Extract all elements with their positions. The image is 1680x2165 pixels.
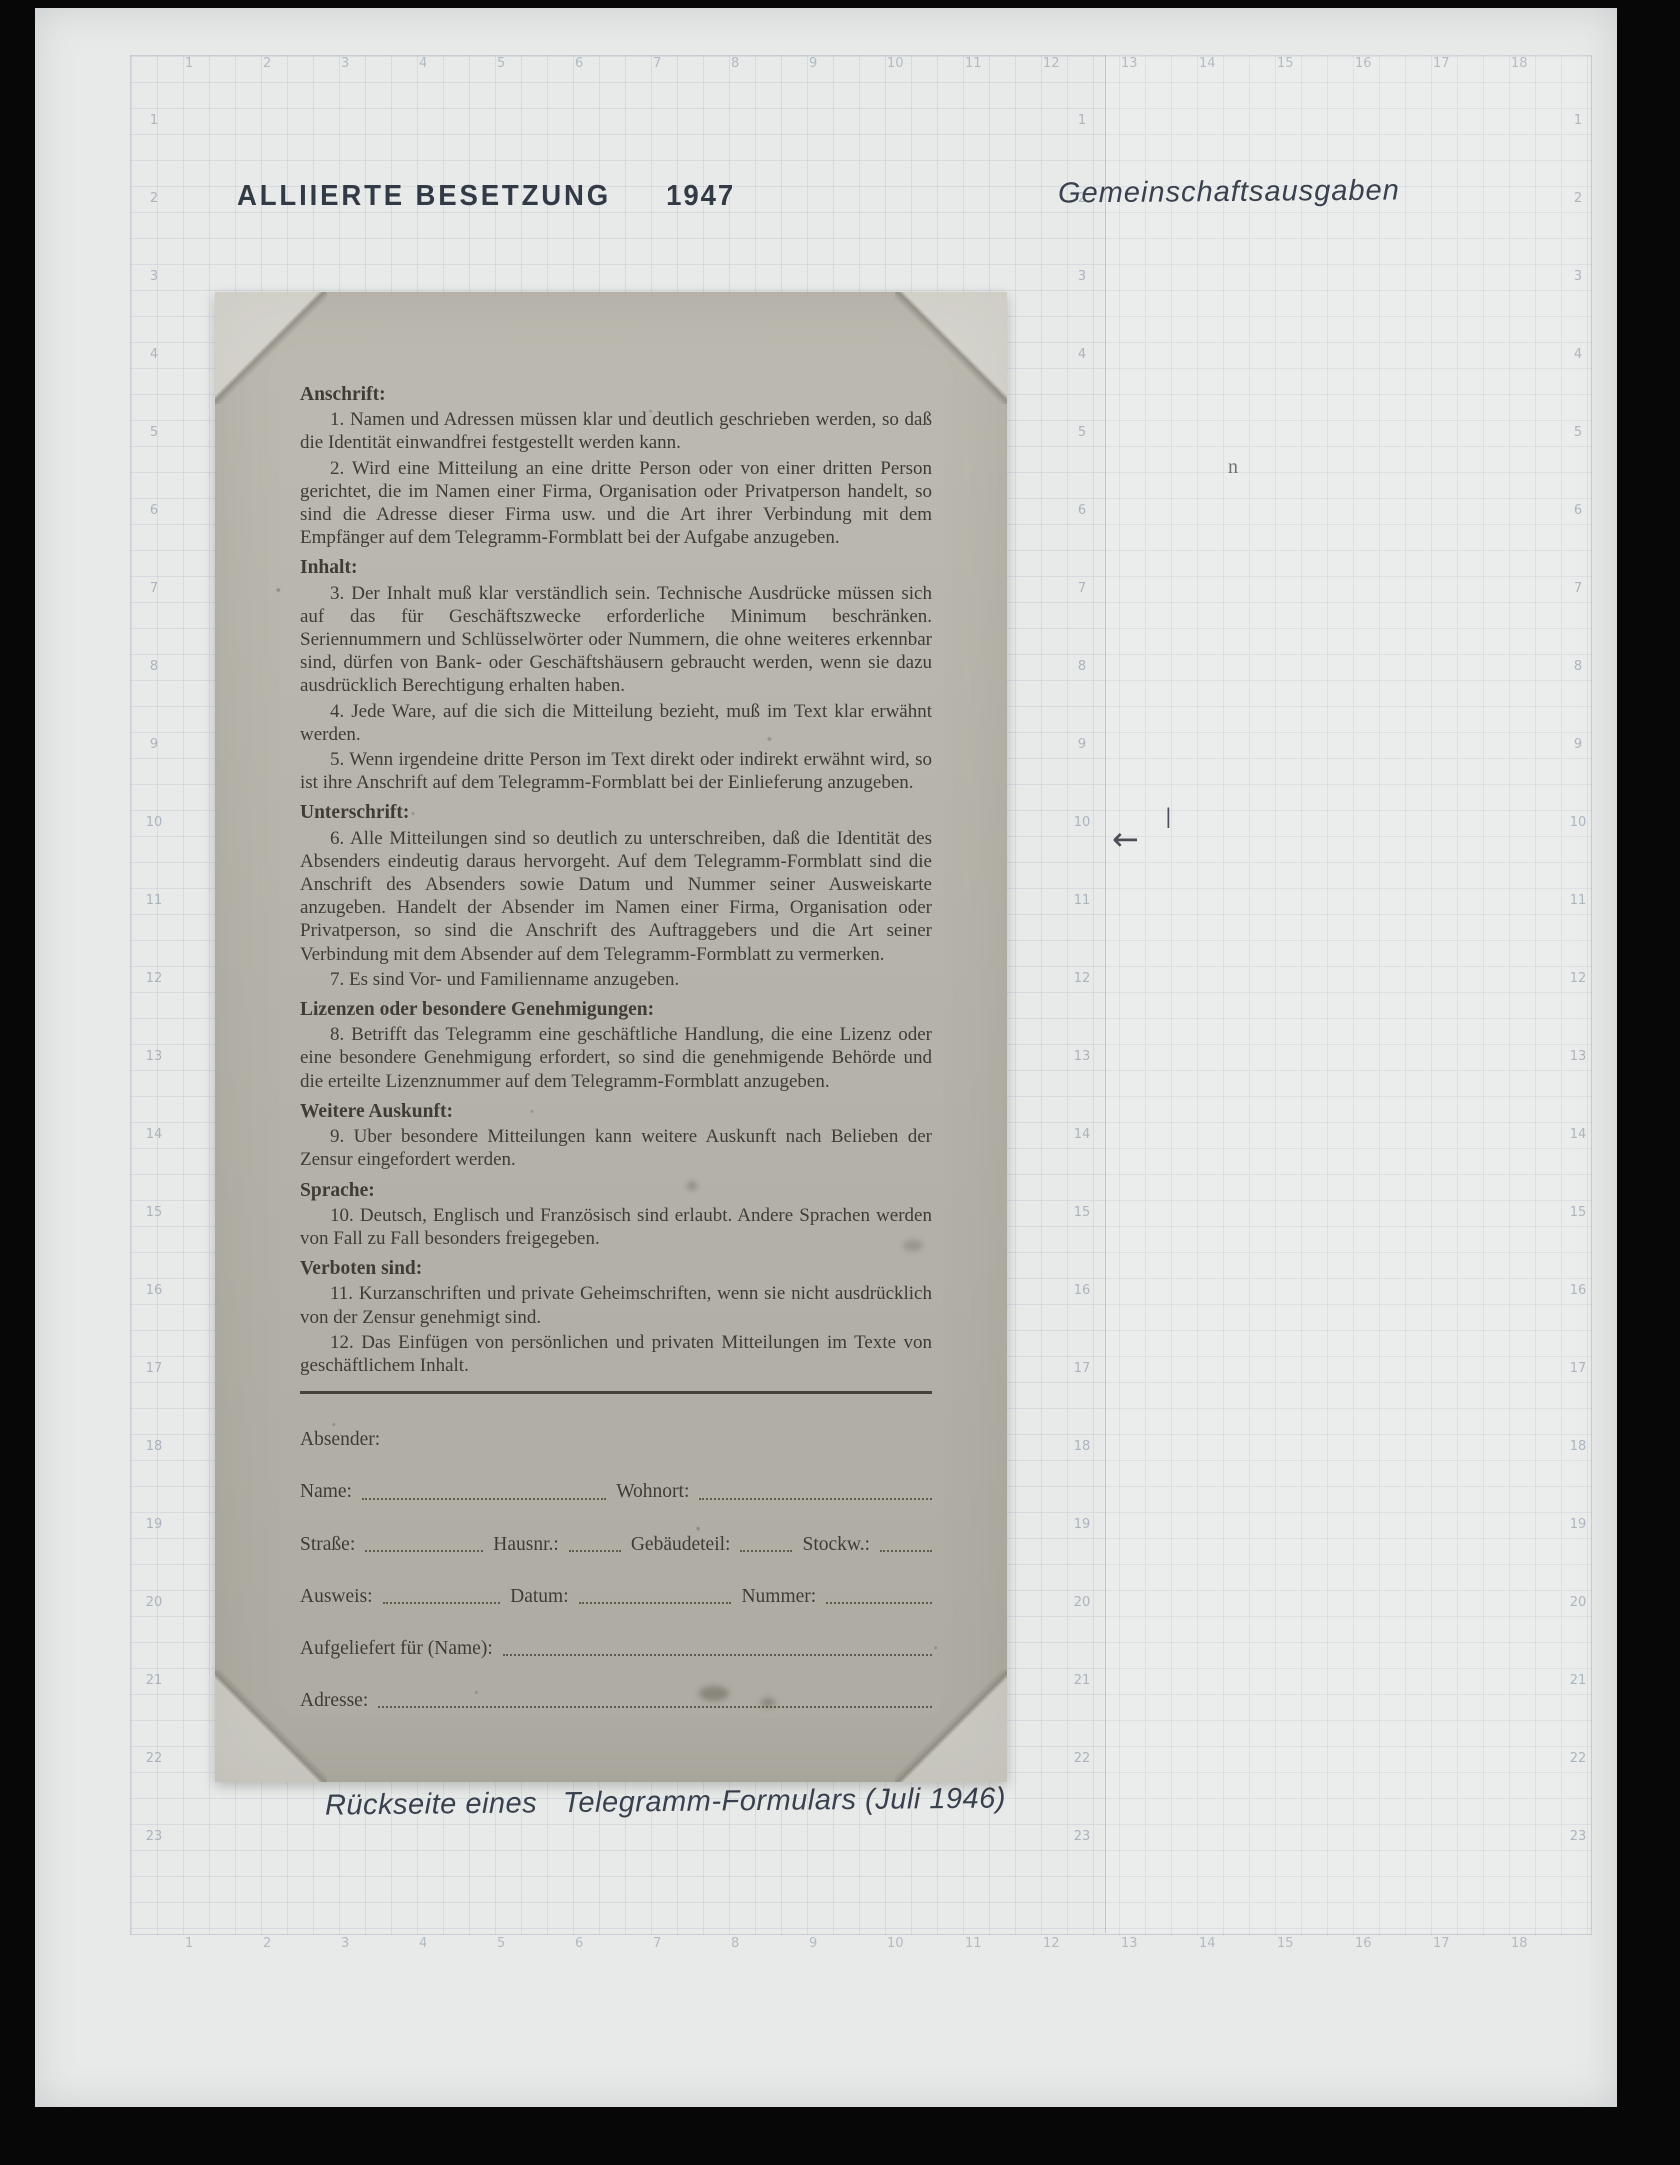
grid-number: 13 [1071,1049,1093,1127]
grid-number: 6 [575,1936,653,1952]
grid-number: 22 [1071,1751,1093,1829]
grid-number: 6 [1071,503,1093,581]
grid-number: 22 [1567,1751,1589,1829]
grid-number: 5 [497,1936,575,1952]
form-label-aufgeliefert: Aufgeliefert für (Name): [300,1637,493,1660]
grid-number: 2 [1567,191,1589,269]
grid-number: 6 [1567,503,1589,581]
grid-number: 11 [1071,893,1093,971]
grid-number: 14 [143,1127,165,1205]
form-label-wohnort: Wohnort: [616,1480,689,1503]
paragraph-12: 12. Das Einfügen von persönlichen und pr… [300,1331,932,1377]
grid-number: 18 [1511,1936,1589,1952]
form-row-adresse: Adresse: [300,1689,932,1712]
grid-number: 15 [1277,1936,1355,1952]
paragraph-8: 8. Betrifft das Telegramm eine geschäftl… [300,1023,932,1093]
grid-number: 12 [1567,971,1589,1049]
section-heading-weitere-auskunft: Weitere Auskunft: [300,1100,932,1123]
grid-number: 3 [1071,269,1093,347]
grid-number: 15 [1277,56,1355,72]
grid-number: 12 [1043,1936,1121,1952]
dotted-leader [740,1550,792,1552]
grid-number: 11 [965,56,1043,72]
dotted-leader [378,1706,932,1708]
form-row-ausweis: Ausweis: Datum: Nummer: [300,1585,932,1608]
grid-number: 7 [653,1936,731,1952]
grid-number: 17 [1433,56,1511,72]
grid-number: 6 [575,56,653,72]
form-label-name: Name: [300,1480,352,1503]
page-sheen [1106,55,1590,1933]
grid-number: 5 [497,56,575,72]
grid-number: 8 [143,659,165,737]
grid-number: 18 [1511,56,1589,72]
grid-number: 4 [1567,347,1589,425]
form-row-name: Name: Wohnort: [300,1480,932,1503]
grid-number: 21 [1071,1673,1093,1751]
form-row-strasse: Straße: Hausnr.: Gebäudeteil: Stockw.: [300,1533,932,1556]
section-heading-inhalt: Inhalt: [300,556,932,579]
telegram-document: Anschrift: 1. Namen und Adressen müssen … [215,292,1007,1782]
grid-number: 9 [1071,737,1093,815]
dotted-leader [826,1602,932,1604]
tick-mark: | [1165,804,1172,828]
grid-number: 4 [1071,347,1093,425]
grid-number: 3 [143,269,165,347]
grid-number: 20 [1071,1595,1093,1673]
grid-number: 19 [143,1517,165,1595]
grid-number: 23 [1567,1829,1589,1907]
dotted-leader [383,1602,501,1604]
grid-number: 7 [1567,581,1589,659]
grid-number: 18 [1071,1439,1093,1517]
grid-number: 10 [1567,815,1589,893]
grid-number: 15 [143,1205,165,1283]
grid-number: 9 [143,737,165,815]
grid-number: 12 [143,971,165,1049]
section-heading-anschrift: Anschrift: [300,383,932,406]
grid-number: 1 [1567,113,1589,191]
grid-number: 14 [1199,1936,1277,1952]
grid-number: 18 [143,1439,165,1517]
section-heading-lizenzen: Lizenzen oder besondere Genehmigungen: [300,998,932,1021]
paragraph-1: 1. Namen und Adressen müssen klar und de… [300,408,932,454]
paragraph-6: 6. Alle Mitteilungen sind so deutlich zu… [300,827,932,966]
grid-number: 4 [143,347,165,425]
stamp-header: ALLIIERTE BESETZUNG1947 [237,180,735,213]
grid-number: 10 [887,1936,965,1952]
grid-number: 20 [143,1595,165,1673]
grid-numbers-right-outer: 1234567891011121314151617181920212223 [1567,113,1589,1907]
form-row-aufgeliefert: Aufgeliefert für (Name): [300,1637,932,1660]
grid-number: 5 [1071,425,1093,503]
form-label-gebaeudeteil: Gebäudeteil: [631,1533,731,1556]
grid-number: 1 [143,113,165,191]
form-label-ausweis: Ausweis: [300,1585,373,1608]
grid-number: 17 [1433,1936,1511,1952]
grid-number: 13 [1567,1049,1589,1127]
dotted-leader [880,1550,932,1552]
grid-number: 17 [143,1361,165,1439]
grid-number: 2 [263,1936,341,1952]
dotted-leader [503,1654,932,1656]
grid-number: 11 [965,1936,1043,1952]
grid-number: 1 [185,56,263,72]
section-heading-sprache: Sprache: [300,1179,932,1202]
grid-number: 14 [1567,1127,1589,1205]
paragraph-9: 9. Uber besondere Mitteilungen kann weit… [300,1125,932,1171]
left-arrow-mark: ← [1112,820,1139,858]
grid-number: 17 [1567,1361,1589,1439]
paragraph-5: 5. Wenn irgendeine dritte Person im Text… [300,748,932,794]
paragraph-2: 2. Wird eine Mitteilung an eine dritte P… [300,457,932,550]
grid-number: 10 [1071,815,1093,893]
form-label-absender: Absender: [300,1428,380,1451]
grid-number: 1 [185,1936,263,1952]
grid-number: 11 [143,893,165,971]
grid-number: 13 [143,1049,165,1127]
dotted-leader [699,1498,932,1500]
grid-numbers-right-inner: 1234567891011121314151617181920212223 [1071,113,1093,1907]
grid-number: 13 [1121,56,1199,72]
dotted-leader [569,1550,621,1552]
paragraph-11: 11. Kurzanschriften und private Geheimsc… [300,1282,932,1328]
grid-number: 5 [1567,425,1589,503]
section-heading-verboten: Verboten sind: [300,1257,932,1280]
album-page: 1234567891011121314151617181920212223 12… [35,8,1617,2107]
grid-number: 3 [1567,269,1589,347]
stamp-year: 1947 [666,180,735,212]
grid-numbers-top: 123456789101112131415161718 [185,56,1589,72]
grid-number: 19 [1071,1517,1093,1595]
divider-rule [300,1391,932,1394]
grid-number: 8 [731,56,809,72]
paragraph-3: 3. Der Inhalt muß klar verständlich sein… [300,582,932,698]
form-label-adresse: Adresse: [300,1689,368,1712]
grid-number: 12 [1043,56,1121,72]
paragraph-7: 7. Es sind Vor- und Familienname anzugeb… [300,968,932,991]
grid-number: 11 [1567,893,1589,971]
grid-number: 7 [143,581,165,659]
form-row-absender: Absender: [300,1428,932,1451]
grid-number: 10 [143,815,165,893]
page-crease [1105,55,1106,1933]
grid-number: 2 [263,56,341,72]
grid-numbers-bottom: 123456789101112131415161718 [185,1936,1589,1952]
grid-number: 23 [1071,1829,1093,1907]
handwritten-note-right: Gemeinschaftsausgaben [1058,175,1400,211]
document-text: Anschrift: 1. Namen und Adressen müssen … [300,376,932,1712]
grid-number: 16 [1567,1283,1589,1361]
grid-number: 16 [143,1283,165,1361]
grid-number: 8 [731,1936,809,1952]
grid-number: 6 [143,503,165,581]
form-label-strasse: Straße: [300,1533,355,1556]
form-label-nummer: Nummer: [741,1585,816,1608]
grid-number: 20 [1567,1595,1589,1673]
grid-number: 13 [1121,1936,1199,1952]
section-heading-unterschrift: Unterschrift: [300,801,932,824]
grid-number: 21 [143,1673,165,1751]
grid-number: 3 [341,1936,419,1952]
grid-number: 7 [653,56,731,72]
paragraph-10: 10. Deutsch, Englisch und Französisch si… [300,1204,932,1250]
grid-number: 3 [341,56,419,72]
grid-number: 23 [143,1829,165,1907]
paragraph-4: 4. Jede Ware, auf die sich die Mitteilun… [300,700,932,746]
grid-number: 12 [1071,971,1093,1049]
grid-number: 9 [809,56,887,72]
dotted-leader [365,1550,483,1552]
grid-number: 22 [143,1751,165,1829]
grid-number: 15 [1567,1205,1589,1283]
grid-number: 16 [1355,56,1433,72]
grid-number: 4 [419,56,497,72]
grid-number: 16 [1071,1283,1093,1361]
grid-number: 19 [1567,1517,1589,1595]
grid-number: 7 [1071,581,1093,659]
dotted-leader [362,1498,606,1500]
grid-number: 9 [1567,737,1589,815]
grid-numbers-left: 1234567891011121314151617181920212223 [143,113,165,1907]
grid-number: 21 [1567,1673,1589,1751]
grid-number: 8 [1071,659,1093,737]
grid-number: 4 [419,1936,497,1952]
grid-number: 10 [887,56,965,72]
grid-number: 14 [1071,1127,1093,1205]
grid-number: 2 [143,191,165,269]
grid-number: 8 [1567,659,1589,737]
grid-number: 18 [1567,1439,1589,1517]
grid-number: 9 [809,1936,887,1952]
form-label-stockw: Stockw.: [802,1533,870,1556]
form-label-datum: Datum: [510,1585,569,1608]
grid-number: 16 [1355,1936,1433,1952]
form-label-hausnr: Hausnr.: [493,1533,559,1556]
stray-ink-mark: n [1228,456,1238,479]
grid-number: 15 [1071,1205,1093,1283]
grid-number: 17 [1071,1361,1093,1439]
sender-form: Absender: Name: Wohnort: Straße: Hausnr.… [300,1428,932,1712]
dotted-leader [579,1602,732,1604]
grid-number: 14 [1199,56,1277,72]
stamp-title: ALLIIERTE BESETZUNG [237,180,611,212]
grid-number: 5 [143,425,165,503]
